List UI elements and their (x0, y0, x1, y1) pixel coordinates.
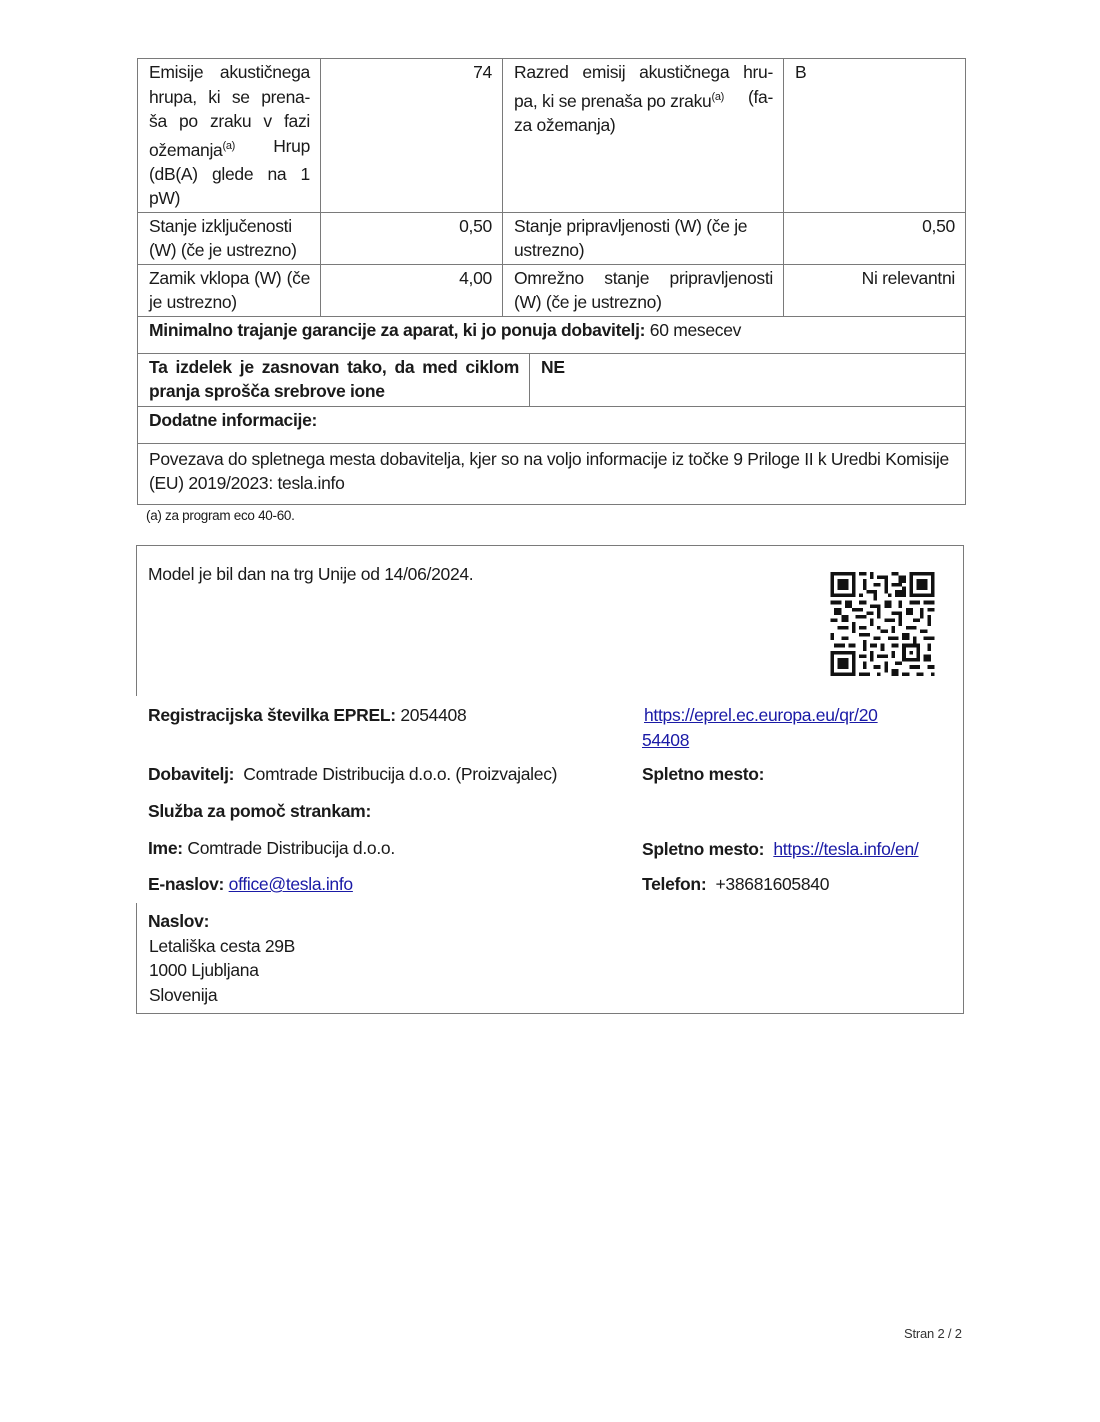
website-label: Spletno mesto: (642, 762, 764, 787)
address: Naslov: Letališka cesta 29B 1000 Ljublja… (148, 909, 295, 1007)
email-link[interactable]: office@tesla.info (229, 874, 353, 894)
address-line: Slovenija (148, 983, 295, 1008)
box-border (963, 545, 964, 1014)
eprel-value: 2054408 (396, 705, 467, 725)
table-row: Ta izdelek je zasnovan tako, da med cikl… (138, 353, 966, 406)
table-row: Minimalno trajanje garancije za aparat, … (138, 316, 966, 353)
phone-label: Telefon: (642, 874, 706, 894)
name-label: Ime: (148, 838, 183, 858)
noise-class-value: B (784, 59, 966, 213)
eprel-link-line1[interactable]: https://eprel.ec.europa.eu/qr/20 (644, 705, 878, 725)
qr-code-icon[interactable] (830, 572, 935, 676)
eprel-link-line2[interactable]: 54408 (642, 730, 689, 750)
name-value: Comtrade Distribucija d.o.o. (183, 838, 395, 858)
supplier-website-info: Povezava do spletnega mesta dobavitelja,… (138, 443, 966, 504)
noise-class-label: Razred emisij akustičnega hru- pa, ki se… (503, 59, 784, 213)
warranty-value: 60 mesecev (645, 320, 741, 340)
contact-website: Spletno mesto: https://tesla.info/en/ (642, 837, 919, 862)
network-standby-value: Ni relevantni (784, 264, 966, 316)
email-label: E-naslov: (148, 874, 224, 894)
off-mode-label: Stanje izključenosti (W) (če je ustrezno… (138, 212, 321, 264)
supplier-value: Comtrade Distribucija d.o.o. (Proizvajal… (234, 764, 557, 784)
network-standby-label: Omrežno stanje pripravljenosti (W) (če j… (503, 264, 784, 316)
noise-emission-value: 74 (321, 59, 503, 213)
table-row: Povezava do spletnega mesta dobavitelja,… (138, 443, 966, 504)
delay-start-label: Zamik vklopa (W) (če je ustrezno) (138, 264, 321, 316)
supplier: Dobavitelj: Comtrade Distribucija d.o.o.… (148, 762, 557, 787)
address-label: Naslov: (148, 909, 295, 934)
additional-info-label: Dodatne informacije: (138, 406, 966, 443)
website-label: Spletno mesto: (642, 839, 764, 859)
table-row: Emisije akustičnega hrupa, ki se prena- … (138, 59, 966, 213)
phone-value: +38681605840 (706, 874, 829, 894)
contact-name: Ime: Comtrade Distribucija d.o.o. (148, 836, 395, 861)
footnote: (a) za program eco 40-60. (146, 507, 295, 525)
contact-phone: Telefon: +38681605840 (642, 872, 829, 897)
silver-ions-label: Ta izdelek je zasnovan tako, da med cikl… (138, 354, 530, 406)
noise-emission-label: Emisije akustičnega hrupa, ki se prena- … (138, 59, 321, 213)
address-line: 1000 Ljubljana (148, 958, 295, 983)
box-border (136, 903, 137, 1013)
eprel-link[interactable]: https://eprel.ec.europa.eu/qr/20 54408 (642, 703, 878, 752)
table-row: Stanje izključenosti (W) (če je ustrezno… (138, 212, 966, 264)
warranty-label: Minimalno trajanje garancije za aparat, … (149, 320, 645, 340)
table-row: Dodatne informacije: (138, 406, 966, 443)
standby-value: 0,50 (784, 212, 966, 264)
off-mode-value: 0,50 (321, 212, 503, 264)
website-link[interactable]: https://tesla.info/en/ (773, 839, 918, 859)
box-border (136, 1013, 964, 1014)
warranty-cell: Minimalno trajanje garancije za aparat, … (138, 316, 966, 353)
page-number: Stran 2 / 2 (904, 1326, 962, 1341)
eprel-label: Registracijska številka EPREL: (148, 705, 396, 725)
delay-start-value: 4,00 (321, 264, 503, 316)
contact-email: E-naslov: office@tesla.info (148, 872, 353, 897)
address-line: Letališka cesta 29B (148, 934, 295, 959)
eprel-registration: Registracijska številka EPREL: 2054408 (148, 703, 466, 728)
standby-label: Stanje pripravljenosti (W) (če je ustrez… (503, 212, 784, 264)
specification-table: Emisije akustičnega hrupa, ki se prena- … (137, 58, 966, 505)
supplier-label: Dobavitelj: (148, 764, 234, 784)
market-date: Model je bil dan na trg Unije od 14/06/2… (148, 562, 473, 587)
table-row: Zamik vklopa (W) (če je ustrezno) 4,00 O… (138, 264, 966, 316)
customer-service-label: Služba za pomoč strankam: (148, 799, 371, 824)
silver-ions-value: NE (530, 354, 575, 406)
